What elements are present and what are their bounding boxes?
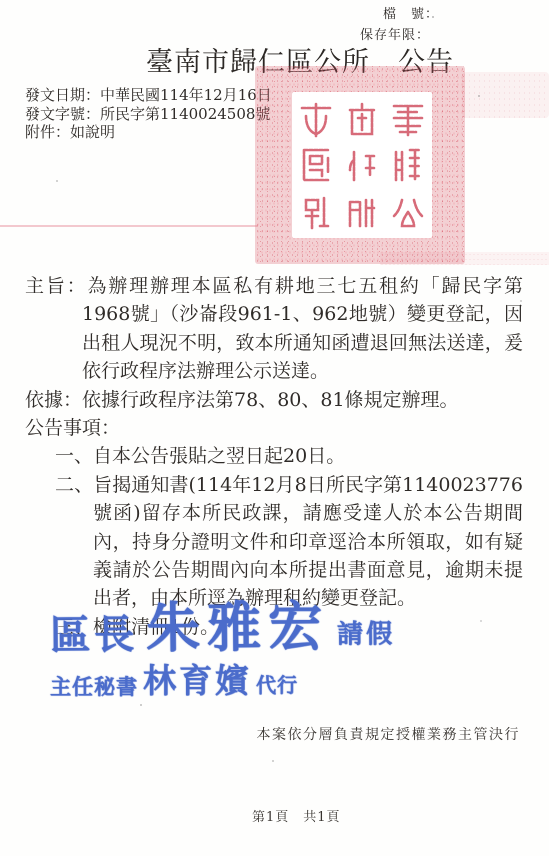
mayor-signature-stamp: 區長 朱雅宏 請假 (50, 598, 396, 656)
list-item: 二、旨揭通知書(114年12月8日所民字第1140023776號函)留存本所民政… (55, 471, 523, 613)
attachment-note: 附件：如說明 (25, 123, 272, 142)
mayor-name: 朱雅宏 (146, 599, 330, 655)
mayor-title: 區長 (50, 615, 138, 656)
basis-label: 依據： (25, 389, 82, 411)
scan-noise-specks (432, 16, 434, 18)
official-seal (255, 66, 465, 264)
doc-info-block: 發文日期：中華民國114年12月16日 發文字號：所民字第1140024508號… (25, 86, 272, 142)
on-leave-note: 請假 (337, 621, 395, 653)
item-number: 一、 (55, 445, 93, 467)
basis-paragraph: 依據：依據行政程序法第78、80、81條規定辦理。 (25, 386, 523, 414)
official-seal-characters (292, 92, 432, 238)
seal-ink-smudge (380, 252, 549, 265)
item-text: 旨揭通知書(114年12月8日所民字第1140023776號函)留存本所民政課，… (93, 474, 523, 610)
subject-label: 主旨： (25, 275, 87, 297)
subject-text: 為辦理辦理本區私有耕地三七五租約「歸民字第1968號」（沙崙段961-1、962… (82, 275, 523, 382)
seal-ink-smudge (462, 72, 549, 118)
file-number-label: 檔 號： (383, 3, 439, 22)
page-number: 第1頁 共1頁 (252, 806, 341, 825)
announcement-body: 主旨：為辦理辦理本區私有耕地三七五租約「歸民字第1968號」（沙崙段961-1、… (25, 272, 523, 641)
secretary-signature-stamp: 主任秘書 林育嬪 代行 (50, 664, 298, 697)
delegation-note: 本案依分層負責規定授權業務主管決行 (257, 724, 521, 744)
subject-paragraph: 主旨：為辦理辦理本區私有耕地三七五租約「歸民字第1968號」（沙崙段961-1、… (25, 272, 523, 386)
issue-date: 發文日期：中華民國114年12月16日 (25, 86, 272, 105)
basis-text: 依據行政程序法第78、80、81條規定辦理。 (82, 389, 459, 411)
secretary-name: 林育嬪 (143, 664, 251, 697)
items-header: 公告事項： (25, 414, 523, 442)
scan-artifact-line (0, 225, 258, 227)
secretary-title: 主任秘書 (50, 676, 138, 697)
doc-number: 發文字號：所民字第1140024508號 (25, 105, 272, 124)
item-text: 自本公告張貼之翌日起20日。 (93, 445, 345, 467)
acting-note: 代行 (256, 675, 298, 697)
item-number: 二、 (55, 474, 93, 496)
list-item: 一、自本公告張貼之翌日起20日。 (55, 442, 523, 470)
